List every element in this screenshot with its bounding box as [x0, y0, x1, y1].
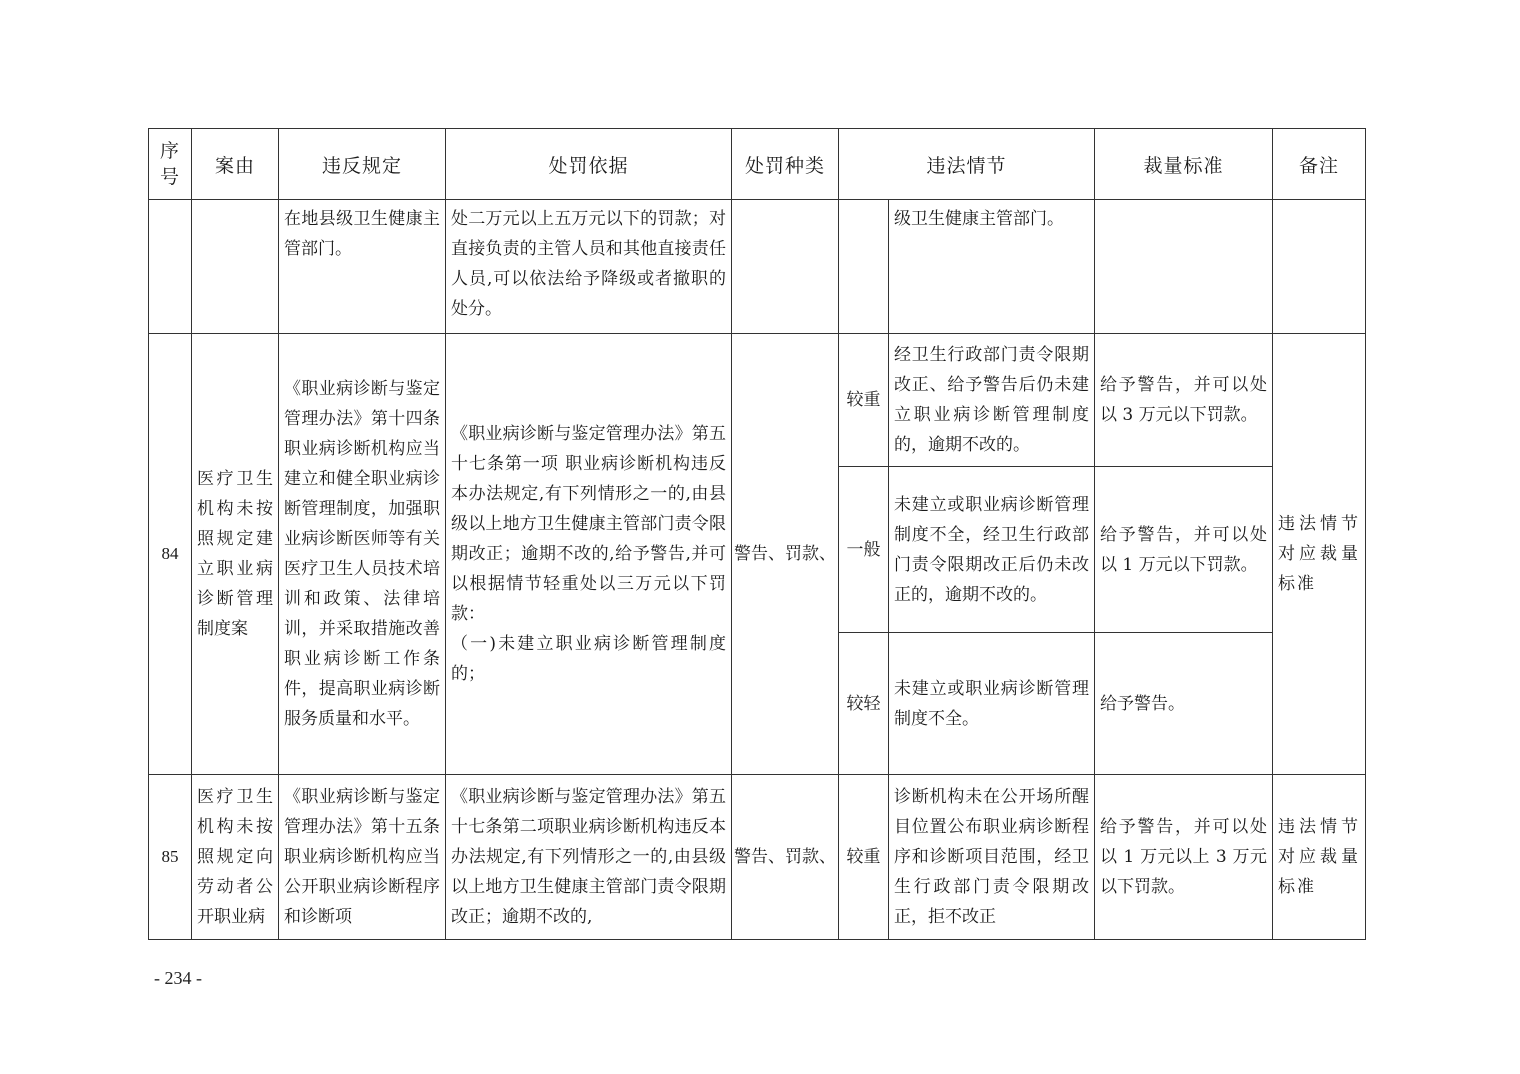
cell-case: [192, 200, 279, 334]
cell-case: 医疗卫生机构未按照规定向劳动者公开职业病: [192, 775, 279, 940]
penalty-discretion-table: 序号 案由 违反规定 处罚依据 处罚种类 违法情节 裁量标准 备注 在地县级卫生…: [148, 128, 1366, 940]
cell-standard-minor: 给予警告。: [1095, 633, 1273, 775]
header-seq: 序号: [149, 129, 192, 200]
cell-seq: 85: [149, 775, 192, 940]
cell-violation: 《职业病诊断与鉴定管理办法》第十五条职业病诊断机构应当公开职业病诊断程序和诊断项: [279, 775, 446, 940]
cell-standard-severe: 给予警告，并可以处以 3 万元以下罚款。: [1095, 334, 1273, 467]
cell-circumstance-severe: 经卫生行政部门责令限期改正、给予警告后仍未建立职业病诊断管理制度的，逾期不改的。: [889, 334, 1095, 467]
cell-circumstance-general: 未建立或职业病诊断管理制度不全，经卫生行政部门责令限期改正后仍未改正的，逾期不改…: [889, 467, 1095, 633]
table-row-continued: 在地县级卫生健康主管部门。 处二万元以上五万元以下的罚款；对直接负责的主管人员和…: [149, 200, 1366, 334]
cell-remark: 违法情节对应裁量标准: [1273, 334, 1366, 775]
cell-case: 医疗卫生机构未按照规定建立职业病诊断管理制度案: [192, 334, 279, 775]
cell-circumstance: 级卫生健康主管部门。: [889, 200, 1095, 334]
cell-basis: 《职业病诊断与鉴定管理办法》第五十七条第二项职业病诊断机构违反本办法规定,有下列…: [446, 775, 732, 940]
cell-seq: [149, 200, 192, 334]
cell-standard-general: 给予警告，并可以处以 1 万元以下罚款。: [1095, 467, 1273, 633]
header-violation: 违反规定: [279, 129, 446, 200]
header-penalty-type: 处罚种类: [732, 129, 839, 200]
header-circumstance: 违法情节: [839, 129, 1095, 200]
cell-violation: 在地县级卫生健康主管部门。: [279, 200, 446, 334]
cell-standard: [1095, 200, 1273, 334]
cell-basis: 处二万元以上五万元以下的罚款；对直接负责的主管人员和其他直接责任人员,可以依法给…: [446, 200, 732, 334]
cell-level-minor: 较轻: [839, 633, 889, 775]
header-case: 案由: [192, 129, 279, 200]
header-remark: 备注: [1273, 129, 1366, 200]
page-number: - 234 -: [154, 968, 202, 989]
cell-basis: 《职业病诊断与鉴定管理办法》第五十七条第一项 职业病诊断机构违反本办法规定,有下…: [446, 334, 732, 775]
cell-level-general: 一般: [839, 467, 889, 633]
table-header-row: 序号 案由 违反规定 处罚依据 处罚种类 违法情节 裁量标准 备注: [149, 129, 1366, 200]
table-row-85: 85 医疗卫生机构未按照规定向劳动者公开职业病 《职业病诊断与鉴定管理办法》第十…: [149, 775, 1366, 940]
cell-seq: 84: [149, 334, 192, 775]
cell-level: [839, 200, 889, 334]
cell-level-severe: 较重: [839, 334, 889, 467]
header-standard: 裁量标准: [1095, 129, 1273, 200]
cell-standard-severe: 给予警告，并可以处以 1 万元以上 3 万元以下罚款。: [1095, 775, 1273, 940]
cell-level-severe: 较重: [839, 775, 889, 940]
table-row-84: 84 医疗卫生机构未按照规定建立职业病诊断管理制度案 《职业病诊断与鉴定管理办法…: [149, 334, 1366, 467]
cell-penalty-type: 警告、罚款、: [732, 334, 839, 775]
header-basis: 处罚依据: [446, 129, 732, 200]
cell-violation: 《职业病诊断与鉴定管理办法》第十四条 职业病诊断机构应当建立和健全职业病诊断管理…: [279, 334, 446, 775]
cell-remark: [1273, 200, 1366, 334]
cell-circumstance-minor: 未建立或职业病诊断管理制度不全。: [889, 633, 1095, 775]
cell-remark: 违法情节对应裁量标准: [1273, 775, 1366, 940]
cell-circumstance-severe: 诊断机构未在公开场所醒目位置公布职业病诊断程序和诊断项目范围，经卫生行政部门责令…: [889, 775, 1095, 940]
document-page: 序号 案由 违反规定 处罚依据 处罚种类 违法情节 裁量标准 备注 在地县级卫生…: [0, 0, 1520, 1074]
cell-penalty-type: 警告、罚款、: [732, 775, 839, 940]
cell-penalty-type: [732, 200, 839, 334]
